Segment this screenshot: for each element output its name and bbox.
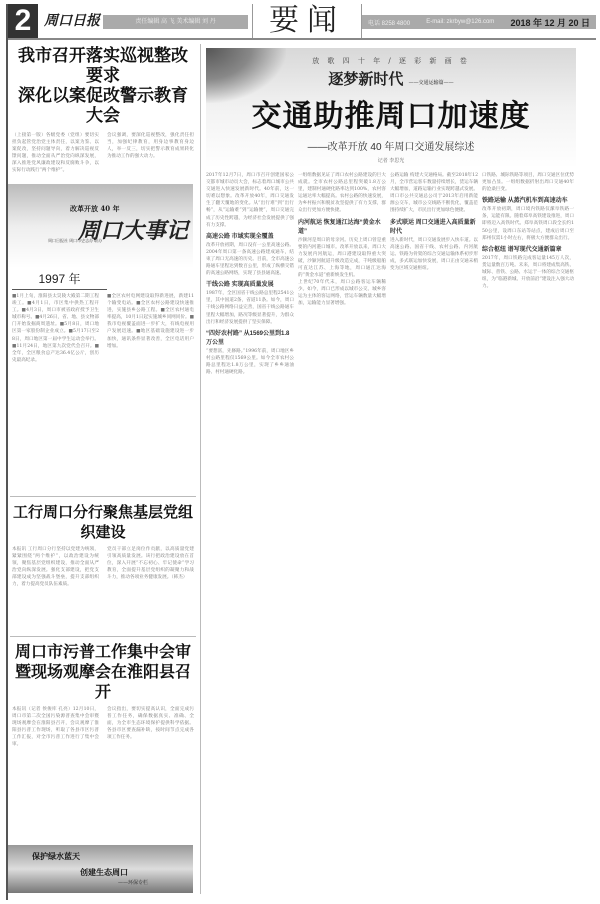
- events-chronicle: 1997 年 ■1月上旬，淮阳县太昊陵大殿第二期工程竣工。■4月1日，市区集中供…: [12, 270, 194, 488]
- section-subhead: 高速公路 市域实现全覆盖: [206, 231, 294, 240]
- feature-banner: 放 歌 四 十 年 / 逐 彩 新 画 卷 逐梦新时代 ——交通运输篇—— 交通…: [206, 48, 576, 168]
- series-tag: ——交通运输篇——: [409, 80, 454, 86]
- headline-line-2: 深化以案促改警示教育大会: [12, 86, 194, 126]
- body-paragraph: 口铁路、城际铁路等项目，周口交通区位优势更加凸显。一组组数据折射出周口交通40年…: [482, 172, 574, 193]
- paper-name: 周口日报: [38, 4, 103, 38]
- section-title: 要闻: [252, 4, 362, 38]
- body-paragraph: 会议强调，要深化巡视整改，强化责任担当，加强纪律教育，用身边事教育身边人，举一反…: [107, 132, 194, 160]
- series-name: 逐梦新时代: [328, 70, 403, 88]
- body-paragraph: 1987年，全区国省干线公路总里程2541公里，其中国道2条，省道11条。如今，…: [206, 290, 294, 325]
- column-divider: [200, 44, 201, 894]
- body-paragraph: “要想富，先修路。”1996年前，周口地区乡村公路里程仅1569公里。如今全市农…: [206, 348, 294, 376]
- section-subhead: 内河航运 恢复通江达海“黄金水道”: [298, 217, 386, 235]
- wing-graphic: [206, 48, 286, 103]
- year-heading: 1997 年: [12, 270, 107, 290]
- body-paragraph: 本报讯 工行周口分行坚持以党建为统领，紧紧围绕“两个维护”，以政治建设为统领，聚…: [12, 546, 99, 589]
- events-paragraph: ■1月上旬，淮阳县太昊陵大殿第二期工程竣工。■4月1日，市区集中供热工程开工。■…: [12, 293, 99, 364]
- events-paragraph: ■全区农村电网建设取得新进展，新建11个输变电站。■全区农村公路建设快速推进，实…: [107, 293, 194, 350]
- body-paragraph: 会议指出，要切实提高认识，全面完成污普工作任务，确保数据真实、准确、全面，为全市…: [107, 706, 194, 741]
- eco-line-2: 创建生态周口: [80, 867, 128, 878]
- issue-date: 2018 年 12 月 20 日: [510, 16, 590, 29]
- body-paragraph: 本报讯（记者 侯俊库 孔亮）12月10日，周口市第二次全国污染源普查集中会审暨现…: [12, 706, 99, 749]
- headline: 我市召开落实巡视整改要求 深化以案促改警示教育大会: [12, 46, 194, 126]
- phone: 电话 8258 4800: [368, 18, 410, 27]
- events-banner: 改革开放 40 年 周口大事记 周口日报社 周口市史志办 联办: [8, 184, 193, 268]
- divider: [10, 496, 196, 497]
- headline-line-1: 我市召开落实巡视整改要求: [12, 46, 194, 86]
- page-number: 2: [8, 4, 38, 38]
- body-paragraph: 党员干部立足岗位作贡献，以高质量党建引领高质量发展。该行把政治建设放在首位，深入…: [107, 546, 194, 581]
- section-subhead: 多式联运 周口交通进入高质量新时代: [390, 217, 478, 235]
- events-subtitle: 周口日报社 周口市史志办 联办: [48, 238, 102, 244]
- feature-column-3: 公路运输 构建大交通格局。截至2018年12月，全市营运客车数量持续增长，货运车…: [390, 172, 478, 894]
- date-bar: 电话 8258 4800 E-mail: zkrbyw@126.com 2018…: [362, 15, 596, 29]
- body-paragraph: 进入新时代，周口交通发展步入快车道。以高速公路、国省干线、农村公路、内河航运、铁…: [390, 237, 478, 272]
- section-subhead: 干线公路 实现高质量发展: [206, 279, 294, 288]
- section-subhead: 综合枢纽 谱写现代交通新篇章: [482, 244, 574, 253]
- body-paragraph: 2017年，周口铁路完成客运量145万人次，货运量数百万吨。未来，周口将建成集高…: [482, 255, 574, 290]
- headline-line-1: 周口市污普工作集中会审: [12, 642, 194, 662]
- events-kicker: 改革开放 40 年: [70, 204, 120, 214]
- article-pollution-census: 周口市污普工作集中会审 暨现场观摩会在淮阳县召开 本报讯（记者 侯俊库 孔亮）1…: [12, 642, 194, 856]
- masthead: 2 周口日报 责任编辑 高 飞 美术编辑 刘 丹 要闻 电话 8258 4800…: [8, 4, 596, 40]
- body-paragraph: 改革开放初期，周口境内铁路仅漯阜铁路一条，运能有限。随着郑阜高铁建设推进，周口即…: [482, 206, 574, 241]
- article-icbc: 工行周口分行聚焦基层党组织建设 本报讯 工行周口分行坚持以党建为统领，紧紧围绕“…: [12, 502, 194, 654]
- headline-line-2: 暨现场观摩会在淮阳县召开: [12, 662, 194, 702]
- feature-column-1: 2017年12月7日，周口市召开创建国家公交都市城市动员大会，标志着周口城市公共…: [206, 172, 294, 894]
- feature-column-2: 一组组数据见证了周口农村公路建设的巨大成就。全市农村公路总里程突破1.8万公里，…: [298, 172, 386, 894]
- feature-column-4: 口铁路、城际铁路等项目，周口交通区位优势更加凸显。一组组数据折射出周口交通40年…: [482, 172, 574, 894]
- article-body: 本报讯 工行周口分行坚持以党建为统领，紧紧围绕“两个维护”，以政治建设为统领，聚…: [12, 546, 194, 654]
- body-paragraph: 公路运输 构建大交通格局。截至2018年12月，全市营运客车数量持续增长，货运车…: [390, 172, 478, 215]
- body-paragraph: 一组组数据见证了周口农村公路建设的巨大成就。全市农村公路总里程突破1.8万公里，…: [298, 172, 386, 215]
- body-paragraph: 改革开放初期，周口没有一公里高速公路。2004年周口第一条高速公路建成通车，结束…: [206, 242, 294, 277]
- body-paragraph: 沙颍河是周口的母亲河。历史上周口曾是重要的内河港口城市。改革开放以来，周口大力发…: [298, 237, 386, 280]
- eco-line-3: ——环保专栏: [118, 879, 148, 886]
- article-body: 本报讯（记者 侯俊库 孔亮）12月10日，周口市第二次全国污染源普查集中会审暨现…: [12, 706, 194, 856]
- headline: 周口市污普工作集中会审 暨现场观摩会在淮阳县召开: [12, 642, 194, 702]
- body-paragraph: 上世纪70年代末，周口公路客运车辆稀少。如今，周口已形成以城市公交、城乡客运为主…: [298, 279, 386, 307]
- eco-line-1: 保护绿水蓝天: [32, 851, 80, 862]
- editor-credits: 责任编辑 高 飞 美术编辑 刘 丹: [103, 15, 248, 29]
- section-subhead: 铁路运输 从蒸汽机车到高速动车: [482, 195, 574, 204]
- divider: [10, 636, 196, 637]
- body-paragraph: （上接第一版）各级党委（党组）要切实担负起管党治党主体责任，以案为鉴、以案促改，…: [12, 132, 99, 175]
- eco-column-banner: 保护绿水蓝天 创建生态周口 ——环保专栏: [8, 845, 193, 893]
- events-body: ■1月上旬，淮阳县太昊陵大殿第二期工程竣工。■4月1日，市区集中供热工程开工。■…: [12, 293, 194, 488]
- headline: 工行周口分行聚焦基层党组织建设: [12, 502, 194, 542]
- body-paragraph: 2017年12月7日，周口市召开创建国家公交都市城市动员大会，标志着周口城市公共…: [206, 172, 294, 229]
- feature-subheadline: ——改革开放 40 年周口交通发展综述: [206, 138, 576, 153]
- email: E-mail: zkrbyw@126.com: [426, 19, 494, 25]
- section-subhead: “四好农村路” 从1569公里到1.8万公里: [206, 328, 294, 346]
- byline: 记者 李思光: [206, 157, 576, 164]
